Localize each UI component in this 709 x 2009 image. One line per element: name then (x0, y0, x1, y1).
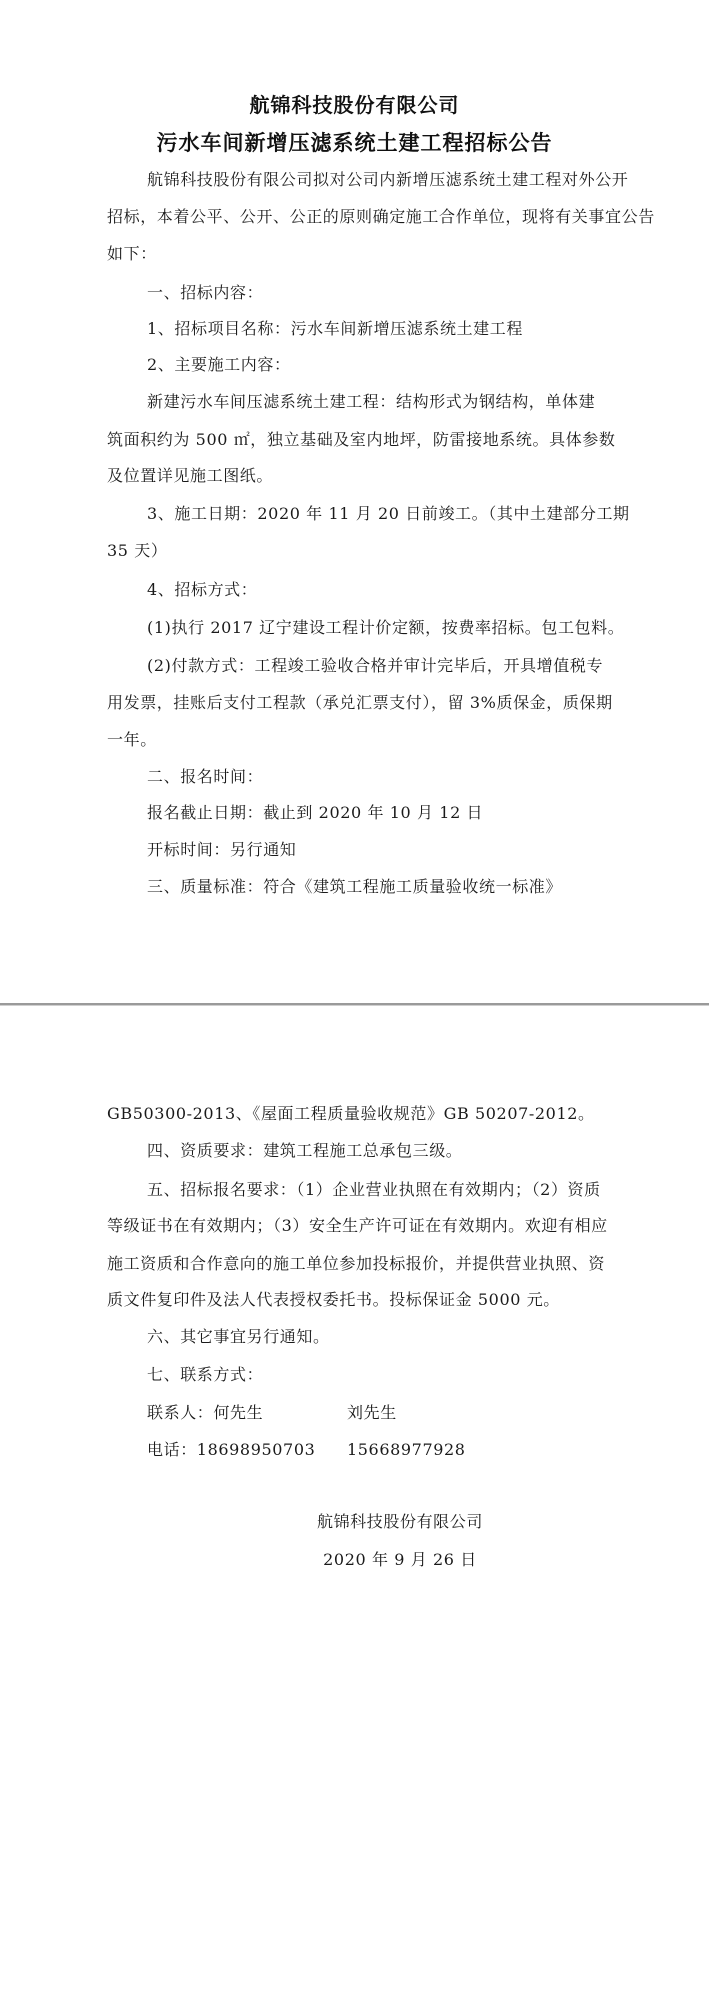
body-line: 二、报名时间： (147, 767, 263, 787)
body-line: 一年。 (107, 730, 157, 750)
signature-date: 2020 年 9 月 26 日 (200, 1550, 600, 1570)
body-line: 施工资质和合作意向的施工单位参加投标报价，并提供营业执照、资 (107, 1254, 605, 1274)
body-line: 四、资质要求：建筑工程施工总承包三级。 (147, 1141, 462, 1161)
body-line: (2)付款方式：工程竣工验收合格并审计完毕后，开具增值税专 (147, 656, 603, 676)
body-line: 开标时间：另行通知 (147, 840, 296, 860)
body-line: 2、主要施工内容： (147, 355, 291, 375)
body-line: 六、其它事宜另行通知。 (147, 1327, 330, 1347)
body-line: 等级证书在有效期内；（3）安全生产许可证在有效期内。欢迎有相应 (107, 1216, 608, 1236)
body-line: 如下： (107, 244, 157, 264)
notice-title: 污水车间新增压滤系统土建工程招标公告 (0, 129, 709, 157)
body-line: 及位置详见施工图纸。 (107, 466, 273, 486)
body-line: 招标，本着公平、公开、公正的原则确定施工合作单位，现将有关事宜公告 (107, 207, 655, 227)
body-line: 三、质量标准：符合《建筑工程施工质量验收统一标准》 (147, 877, 562, 897)
body-line: 一、招标内容： (147, 283, 263, 303)
body-line: 航锦科技股份有限公司拟对公司内新增压滤系统土建工程对外公开 (147, 170, 628, 190)
body-line: 质文件复印件及法人代表授权委托书。投标保证金 5000 元。 (107, 1290, 560, 1310)
body-line: 3、施工日期：2020 年 11 月 20 日前竣工。（其中土建部分工期 (147, 504, 630, 524)
body-line: 新建污水车间压滤系统土建工程：结构形式为钢结构，单体建 (147, 392, 595, 412)
body-line: 五、招标报名要求：（1）企业营业执照在有效期内；（2）资质 (147, 1180, 601, 1200)
body-line: 筑面积约为 500 ㎡，独立基础及室内地坪，防雷接地系统。具体参数 (107, 430, 616, 450)
body-line: (1)执行 2017 辽宁建设工程计价定额，按费率招标。包工包料。 (147, 618, 624, 638)
body-line: 1、招标项目名称：污水车间新增压滤系统土建工程 (147, 319, 523, 339)
body-line: 报名截止日期：截止到 2020 年 10 月 12 日 (147, 803, 483, 823)
contact-phone-2: 15668977928 (347, 1440, 466, 1460)
contact-phone-1: 电话：18698950703 (147, 1440, 315, 1460)
contact-person-2: 刘先生 (347, 1403, 397, 1423)
company-title: 航锦科技股份有限公司 (0, 92, 709, 118)
body-line: 七、联系方式： (147, 1365, 263, 1385)
body-line: GB50300-2013、《屋面工程质量验收规范》GB 50207-2012。 (107, 1104, 595, 1124)
page-divider (0, 1003, 709, 1006)
body-line: 用发票，挂账后支付工程款（承兑汇票支付），留 3%质保金，质保期 (107, 693, 613, 713)
signature-company: 航锦科技股份有限公司 (200, 1512, 600, 1532)
body-line: 4、招标方式： (147, 580, 257, 600)
body-line: 35 天） (107, 541, 167, 561)
contact-person-1: 联系人：何先生 (147, 1403, 263, 1423)
